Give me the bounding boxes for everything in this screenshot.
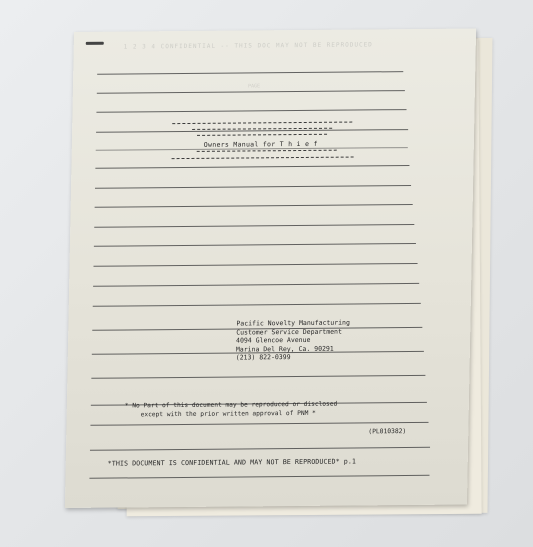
notice-line-2: except with the prior written approval o… xyxy=(125,409,338,420)
dashed-line xyxy=(172,122,352,125)
ruled-line xyxy=(95,185,411,189)
ruled-line xyxy=(89,475,429,479)
dashed-line xyxy=(197,150,337,152)
ruled-line xyxy=(94,243,416,247)
ruled-line xyxy=(90,447,430,451)
ruled-line xyxy=(93,283,419,287)
company-address: Pacific Novelty Manufacturing Customer S… xyxy=(236,319,350,363)
ruled-line xyxy=(91,375,425,379)
ruled-line xyxy=(93,263,417,267)
photo-scene: 1 2 3 4 CONFIDENTIAL -- THIS DOC MAY NOT… xyxy=(0,0,533,547)
dashed-line xyxy=(197,134,327,136)
ruled-line xyxy=(97,90,405,94)
ruled-line xyxy=(93,303,421,307)
document-page: 1 2 3 4 CONFIDENTIAL -- THIS DOC MAY NOT… xyxy=(65,28,476,507)
confidential-footer: *THIS DOCUMENT IS CONFIDENTIAL AND MAY N… xyxy=(108,457,356,467)
staple-mark xyxy=(86,42,104,45)
ruled-line xyxy=(97,71,403,75)
faint-mark: PAGE xyxy=(248,83,260,89)
reproduction-notice: * No Part of this document may be reprod… xyxy=(125,400,338,420)
faint-header-text: 1 2 3 4 CONFIDENTIAL -- THIS DOC MAY NOT… xyxy=(124,41,364,50)
document-id: (PL010382) xyxy=(368,428,406,435)
ruled-line xyxy=(90,422,428,426)
ruled-line xyxy=(95,204,413,208)
ruled-line xyxy=(94,224,414,228)
ruled-line xyxy=(95,165,409,169)
ruled-line xyxy=(96,109,406,113)
address-line-phone: (213) 822-0399 xyxy=(236,353,350,363)
ruled-line xyxy=(96,129,408,133)
dashed-line xyxy=(172,157,354,160)
